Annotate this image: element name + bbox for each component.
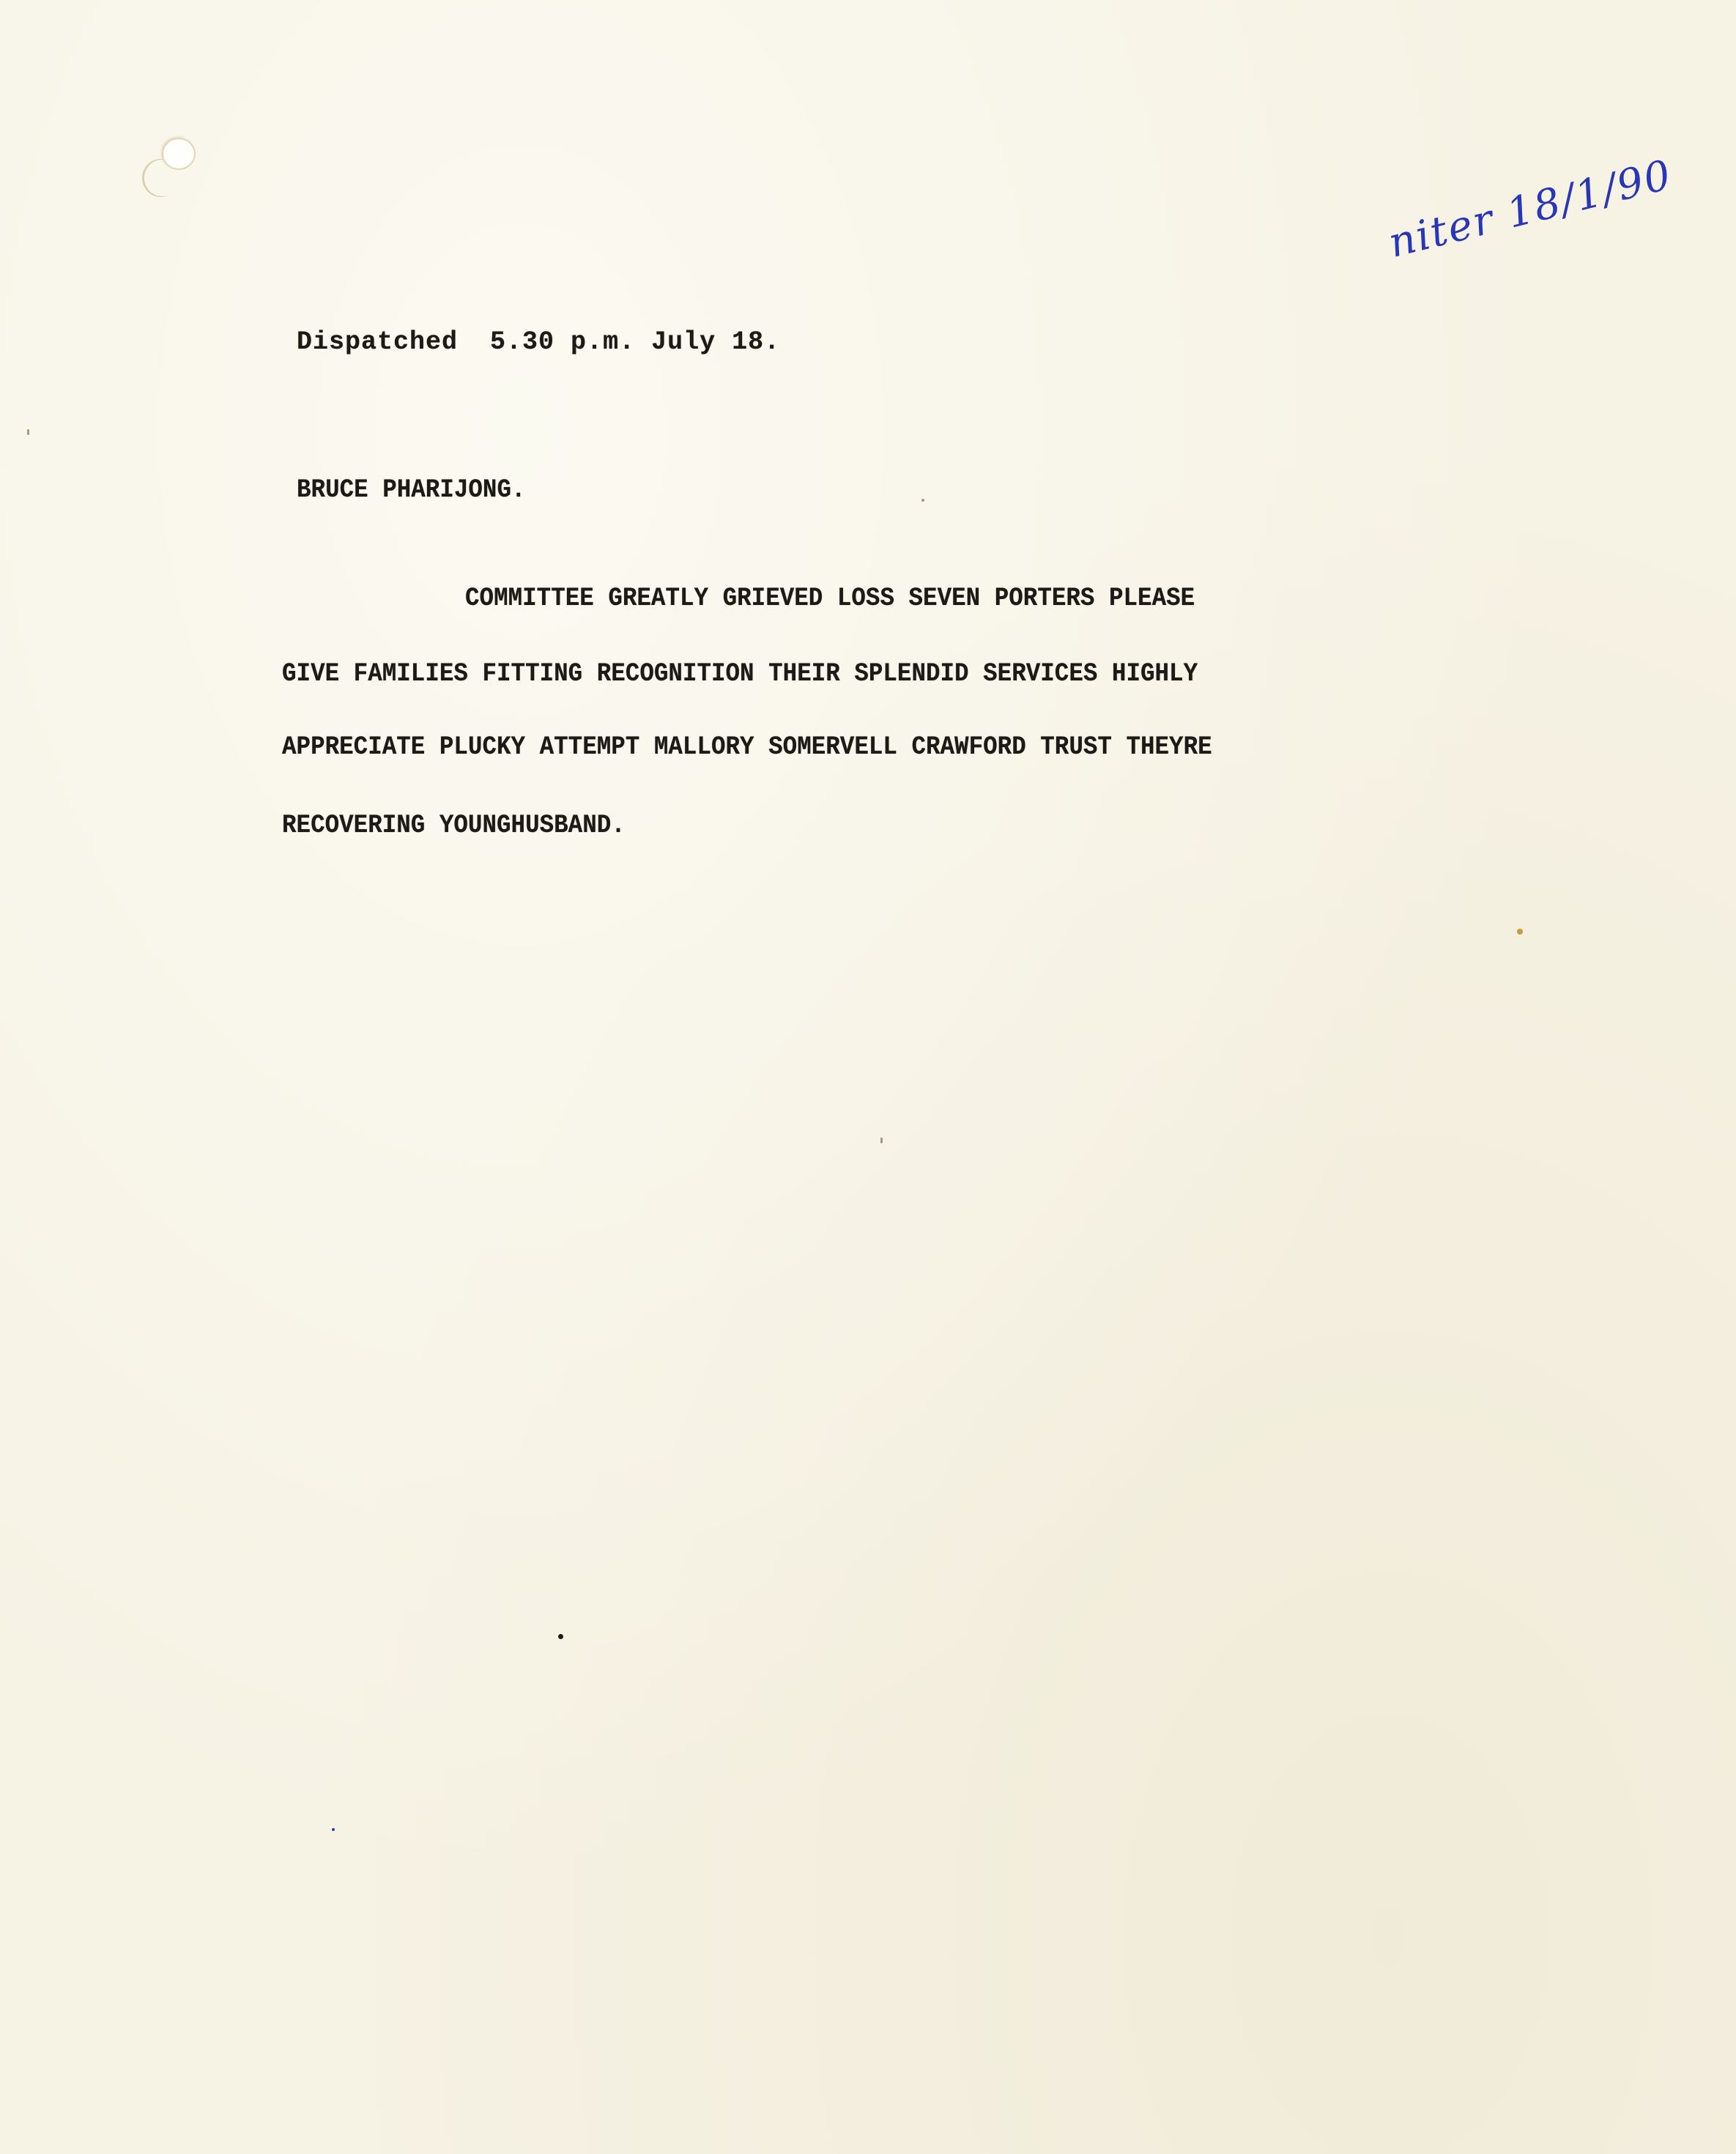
paper-mark [27, 429, 29, 435]
punch-hole [143, 139, 194, 201]
message-line: COMMITTEE GREATLY GRIEVED LOSS SEVEN POR… [465, 586, 1195, 612]
message-line: APPRECIATE PLUCKY ATTEMPT MALLORY SOMERV… [282, 735, 1212, 760]
addressee: BRUCE PHARIJONG. [297, 478, 526, 503]
ink-speck [558, 1634, 563, 1639]
stain-speck [1517, 929, 1523, 935]
paper-sheet: niter 18/1/90 Dispatched 5.30 p.m. July … [0, 0, 1736, 2154]
message-line: RECOVERING YOUNGHUSBAND. [282, 813, 626, 839]
handwritten-annotation: niter 18/1/90 [1384, 151, 1677, 267]
ink-speck [332, 1828, 335, 1831]
dispatch-line: Dispatched 5.30 p.m. July 18. [297, 330, 780, 355]
paper-mark [880, 1137, 883, 1143]
message-line: GIVE FAMILIES FITTING RECOGNITION THEIR … [282, 661, 1198, 687]
paper-mark [921, 499, 924, 502]
